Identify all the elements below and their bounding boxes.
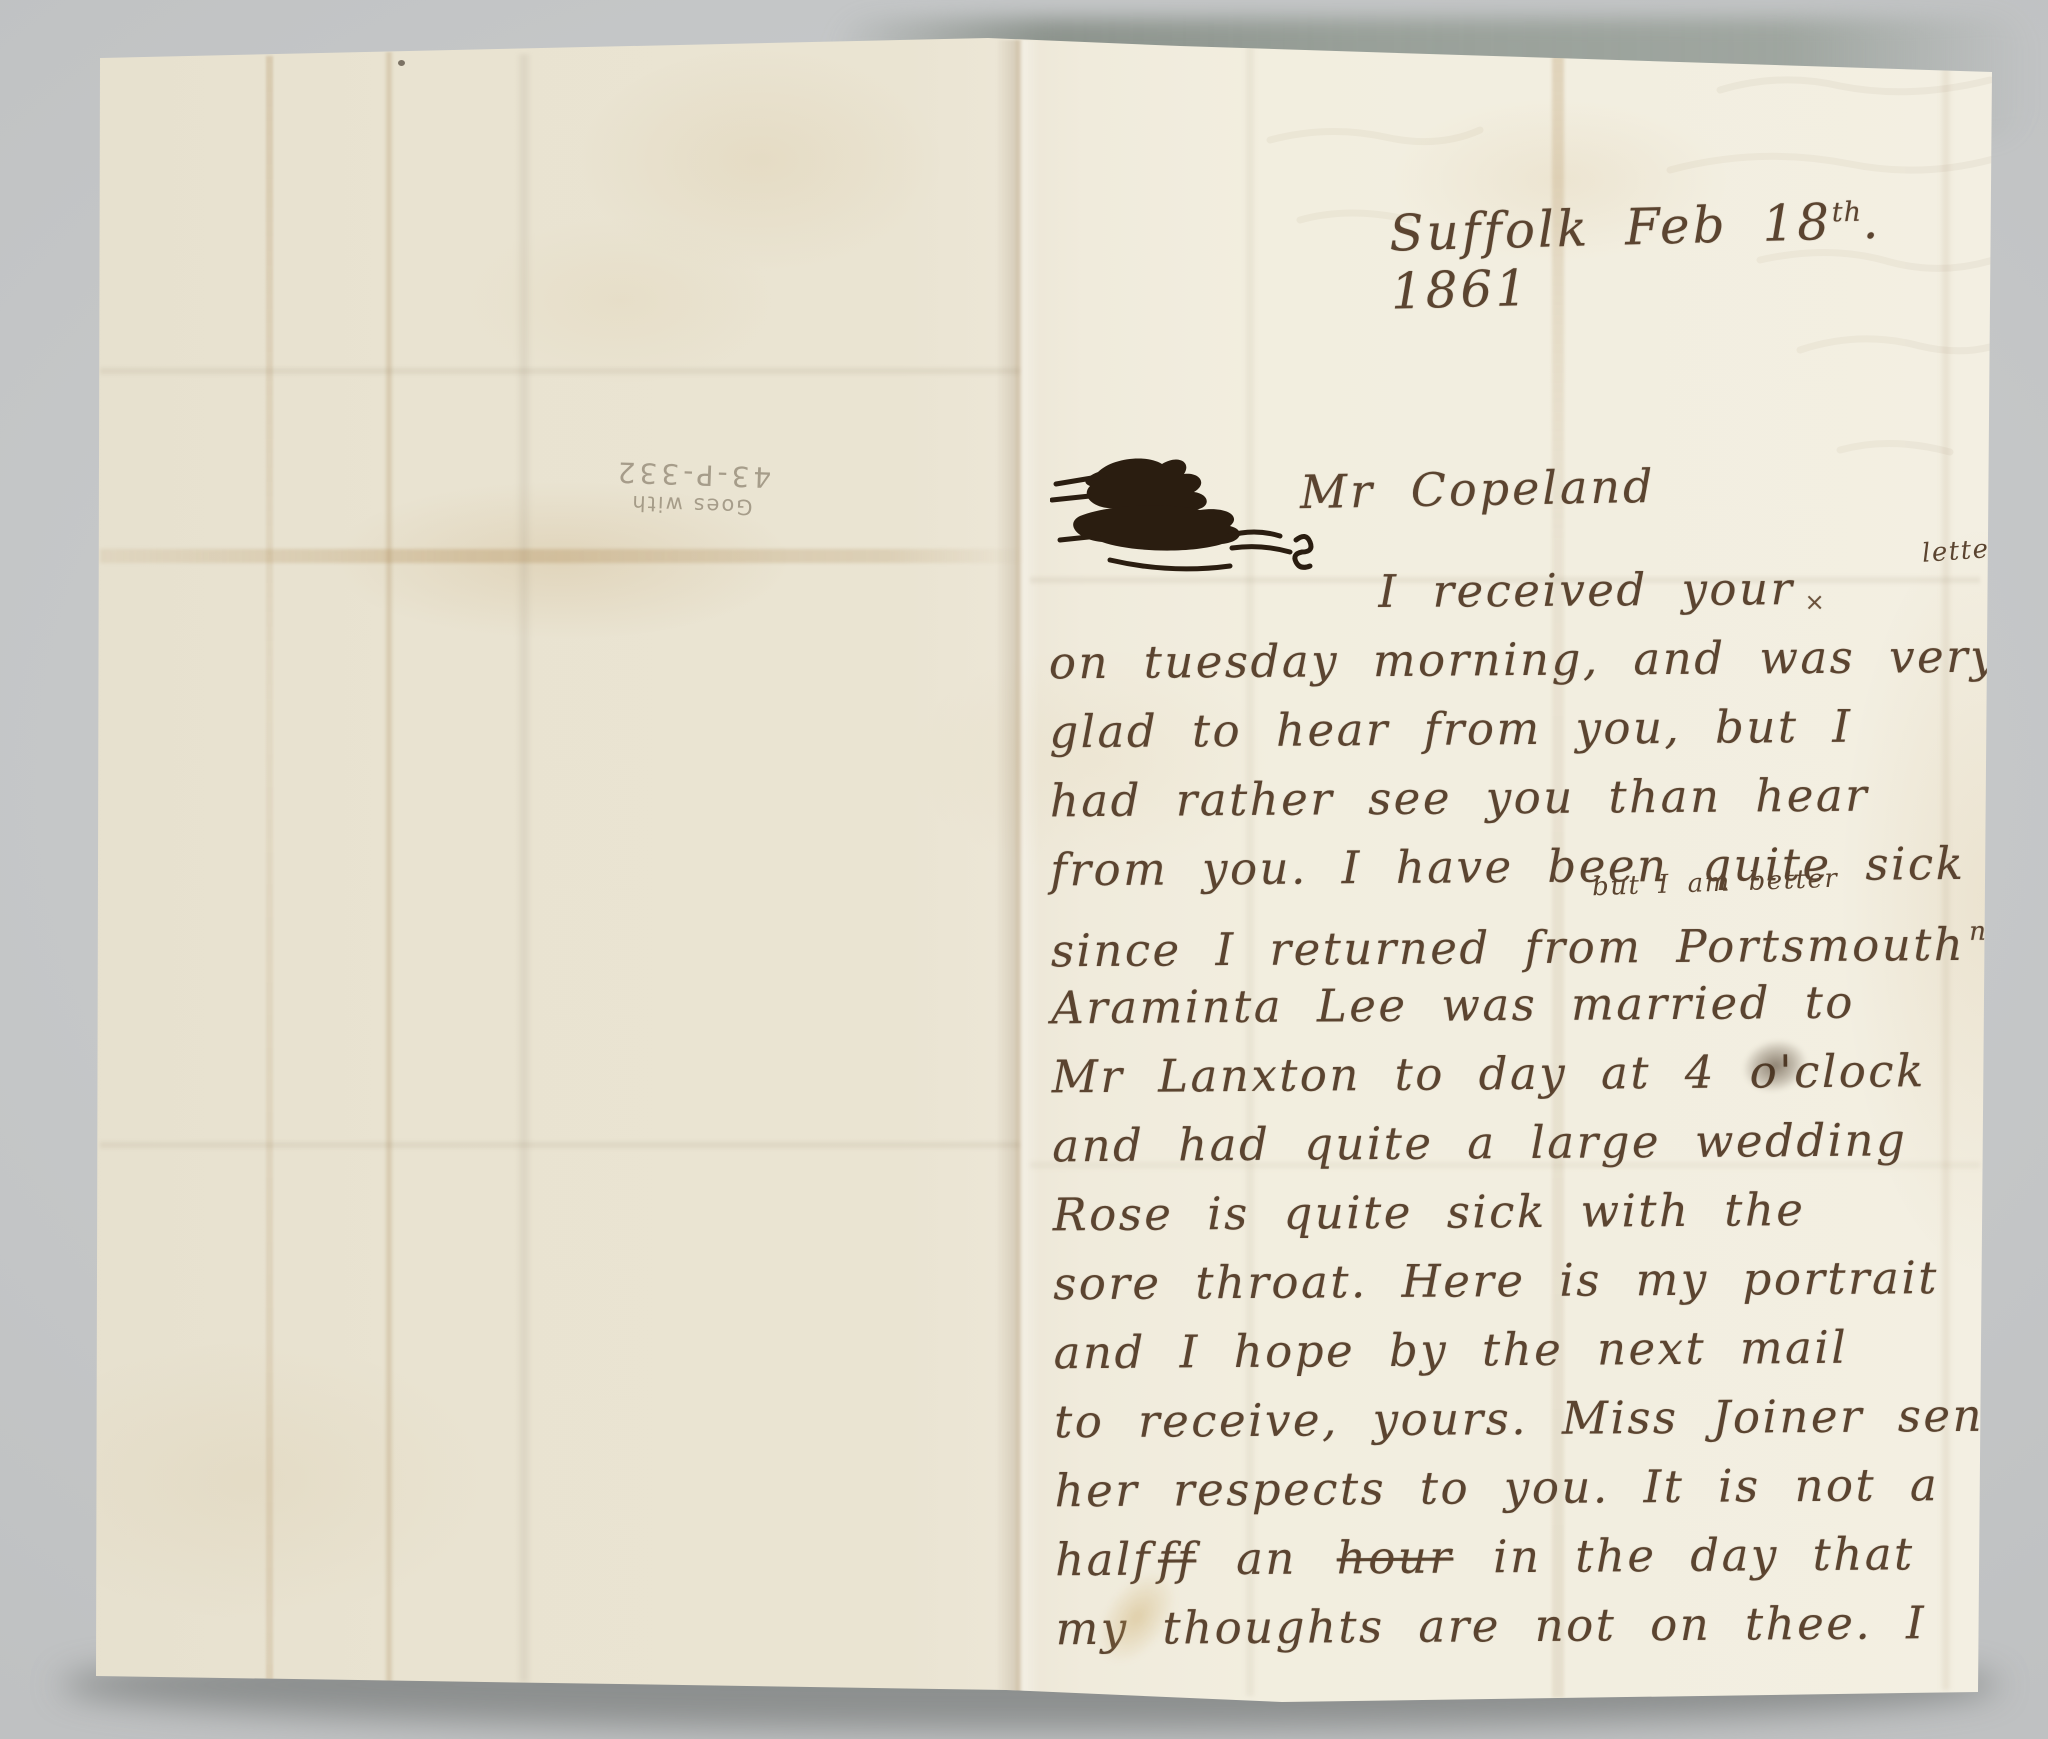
letter-line-9: and had quite a large wedding — [1052, 1105, 2002, 1181]
line-text: sore throat. Here is my portrait — [1053, 1251, 1939, 1310]
pencil-archival-note: Goes with 43-P-332 — [551, 453, 833, 522]
line-text: her respects to you. It is not a — [1054, 1458, 1939, 1517]
dateline-ordinal: th — [1831, 197, 1862, 229]
fold-crease-vertical-left-2 — [384, 52, 394, 1682]
letter-body: I received your× on tuesday morning, and… — [1048, 553, 2006, 1664]
line-text: an — [1236, 1532, 1297, 1585]
letter-line-6: since I returned from Portsmouthnow× — [1051, 898, 2001, 974]
letter-line-2: on tuesday morning, and was very — [1049, 622, 1999, 698]
letter-paper-sheet: Goes with 43-P-332 Suffolk Feb 18th. 186… — [0, 0, 2048, 1739]
letter-line-1: I received your× — [1378, 553, 1998, 626]
line-text: I received your — [1378, 562, 1794, 618]
line-text: and I hope by the next mail — [1054, 1321, 1849, 1380]
salutation: Mr Copeland — [1300, 459, 1656, 519]
letter-line-7: Araminta Lee was married to — [1051, 967, 2001, 1043]
dateline-text: Suffolk Feb 18 — [1389, 193, 1833, 263]
insertion-now: now — [1969, 917, 2027, 947]
line-text: on tuesday morning, and was very — [1049, 630, 1999, 690]
fold-crease-vertical-left-3 — [516, 54, 532, 1682]
fold-crease-horizontal-left-2 — [100, 1140, 1020, 1150]
line-text: to receive, yours. Miss Joiner sends — [1054, 1388, 2041, 1448]
letter-line-8: Mr Lanxton to day at 4 o'clock — [1052, 1036, 2002, 1112]
fold-crease-center — [996, 40, 1040, 1695]
line-text: from you. I have been quite sick — [1050, 837, 1965, 896]
letter-line-16: my thoughts are not on thee. I — [1055, 1588, 2005, 1664]
insertion-caret: × — [2037, 943, 2048, 971]
letter-line-11: sore throat. Here is my portrait — [1053, 1243, 2003, 1319]
fold-crease-horizontal-left-stain — [100, 549, 1025, 563]
letter-scan-scene: Goes with 43-P-332 Suffolk Feb 18th. 186… — [0, 0, 2048, 1739]
insertion-caret: × — [1805, 588, 1828, 616]
line-text: in the day that — [1493, 1527, 1915, 1583]
line-text: had rather see you than hear — [1050, 769, 1870, 828]
letter-line-12: and I hope by the next mail — [1053, 1312, 2003, 1388]
fold-crease-horizontal-left-1 — [100, 366, 1020, 376]
letter-line-13: to receive, yours. Miss Joiner sends — [1054, 1381, 2004, 1457]
letter-line-5: from you. I have been quite sick — [1050, 829, 2000, 905]
letter-line-3: glad to hear from you, but I — [1049, 691, 1999, 767]
line-text: Rose is quite sick with the — [1053, 1183, 1806, 1241]
line-text: glad to hear from you, but I — [1049, 700, 1853, 759]
struck-text: hour — [1337, 1531, 1454, 1585]
dateline: Suffolk Feb 18th. 1861 — [1389, 187, 2048, 320]
fold-crease-vertical-left-1 — [266, 56, 273, 1681]
letter-line-10: Rose is quite sick with the — [1052, 1174, 2002, 1250]
line-text: and had quite a large wedding — [1052, 1113, 1907, 1172]
letter-line-15-corrected: halfff an hour in the day that — [1055, 1519, 2005, 1595]
letter-line-4: had rather see you than hear — [1050, 760, 2000, 836]
ink-speck — [398, 60, 405, 66]
letter-line-14: her respects to you. It is not a — [1054, 1450, 2004, 1526]
line-text: Araminta Lee was married to — [1051, 976, 1855, 1035]
